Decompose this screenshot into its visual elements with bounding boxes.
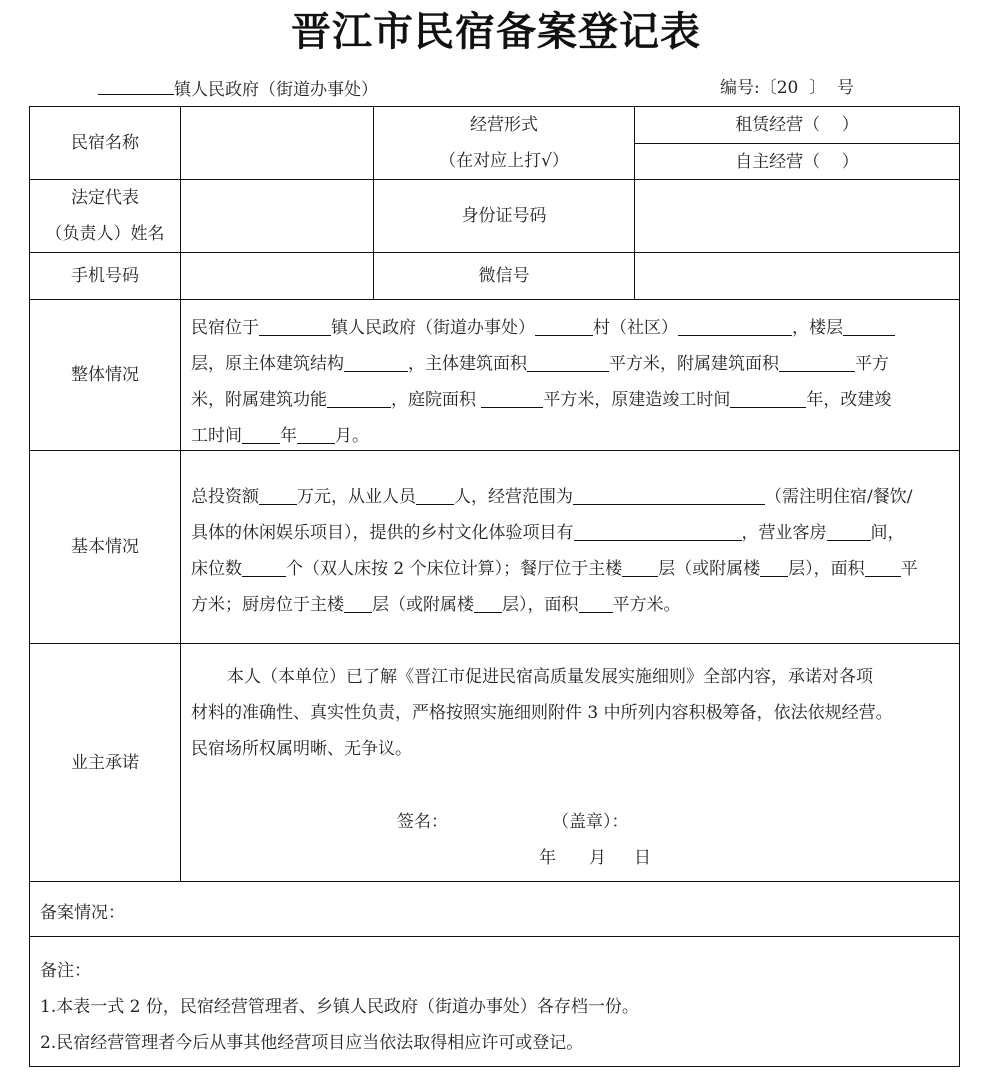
pledge-content: 本人（本单位）已了解《晋江市促进民宿高质量发展实施细则》全部内容，承诺对各项 材… (191, 659, 953, 767)
built-year-blank[interactable] (730, 387, 806, 408)
wechat-label: 微信号 (374, 253, 634, 299)
homestay-name-field[interactable] (181, 107, 373, 179)
date-year: 年 (539, 840, 556, 876)
town-header: 镇人民政府（街道办事处） (98, 76, 378, 102)
legal-rep-field[interactable] (181, 180, 373, 252)
yard-area-blank[interactable] (481, 387, 543, 408)
divider (30, 936, 959, 937)
town-blank[interactable] (259, 315, 331, 336)
kitchen-floor-blank[interactable] (344, 592, 372, 613)
kitchen-annex-floor-blank[interactable] (474, 592, 502, 613)
seal-label: （盖章）： (552, 804, 629, 840)
restaurant-area-blank[interactable] (865, 556, 901, 577)
address-blank[interactable] (678, 315, 792, 336)
pledge-line-3: 民宿场所权属明晰、无争议。 (191, 731, 953, 767)
legal-rep-label-line2: （负责人）姓名 (46, 216, 165, 252)
town-blank[interactable] (98, 76, 174, 95)
phone-field[interactable] (181, 253, 373, 299)
basic-content: 总投资额万元，从业人员人，经营范围为（需注明住宿/餐饮/ 具体的休闲娱乐项目），… (191, 479, 951, 623)
divider (30, 881, 959, 882)
structure-blank[interactable] (344, 351, 408, 372)
serial-number: 编号:〔20 〕 号 (720, 76, 854, 100)
pledge-label: 业主承诺 (30, 644, 180, 881)
business-form-title: 经营形式 (470, 107, 538, 143)
date-day: 日 (634, 840, 651, 876)
date-month: 月 (589, 840, 606, 876)
registration-table: 民宿名称 经营形式 （在对应上打√） 租赁经营（ ） 自主经营（ ） 法定代表 … (29, 106, 960, 1067)
pledge-line-2: 材料的准确性、真实性负责，严格按照实施细则附件 3 中所列内容积极筹备，依法依规… (191, 695, 953, 731)
rooms-blank[interactable] (827, 520, 871, 541)
rebuild-year-blank[interactable] (242, 423, 280, 444)
village-blank[interactable] (535, 315, 593, 336)
phone-label: 手机号码 (30, 253, 180, 299)
culture-blank[interactable] (574, 520, 742, 541)
pledge-line-1: 本人（本单位）已了解《晋江市促进民宿高质量发展实施细则》全部内容，承诺对各项 (191, 659, 953, 695)
overall-content: 民宿位于镇人民政府（街道办事处）村（社区），楼层 层，原主体建筑结构，主体建筑面… (191, 310, 951, 454)
option-lease[interactable]: 租赁经营（ ） (635, 107, 959, 143)
business-form-label: 经营形式 （在对应上打√） (374, 107, 634, 179)
legal-rep-label-line1: 法定代表 (71, 180, 139, 216)
floor-blank[interactable] (843, 315, 895, 336)
filing-status-label: 备案情况： (40, 895, 125, 931)
main-area-blank[interactable] (527, 351, 609, 372)
restaurant-annex-floor-blank[interactable] (760, 556, 788, 577)
notes-label: 备注： (40, 953, 91, 989)
beds-blank[interactable] (242, 556, 286, 577)
id-number-label: 身份证号码 (374, 180, 634, 252)
legal-rep-label: 法定代表 （负责人）姓名 (30, 180, 180, 252)
annex-area-blank[interactable] (779, 351, 855, 372)
overall-label: 整体情况 (30, 300, 180, 450)
homestay-name-label: 民宿名称 (30, 107, 180, 179)
scope-blank[interactable] (573, 484, 765, 505)
note-item-1: 1.本表一式 2 份，民宿经营管理者、乡镇人民政府（街道办事处）各存档一份。 (40, 989, 639, 1025)
basic-label: 基本情况 (30, 451, 180, 643)
rebuild-month-blank[interactable] (297, 423, 335, 444)
staff-blank[interactable] (416, 484, 454, 505)
kitchen-area-blank[interactable] (579, 592, 613, 613)
investment-blank[interactable] (259, 484, 297, 505)
signature-label: 签名： (397, 804, 448, 840)
town-suffix: 镇人民政府（街道办事处） (174, 80, 378, 100)
note-item-2: 2.民宿经营管理者今后从事其他经营项目应当依法取得相应许可或登记。 (40, 1025, 583, 1061)
wechat-field[interactable] (635, 253, 959, 299)
id-number-field[interactable] (635, 180, 959, 252)
business-form-hint: （在对应上打√） (439, 143, 569, 179)
form-title: 晋江市民宿备案登记表 (0, 6, 992, 58)
annex-function-blank[interactable] (327, 387, 391, 408)
option-self-operated[interactable]: 自主经营（ ） (635, 144, 959, 180)
restaurant-floor-blank[interactable] (622, 556, 658, 577)
